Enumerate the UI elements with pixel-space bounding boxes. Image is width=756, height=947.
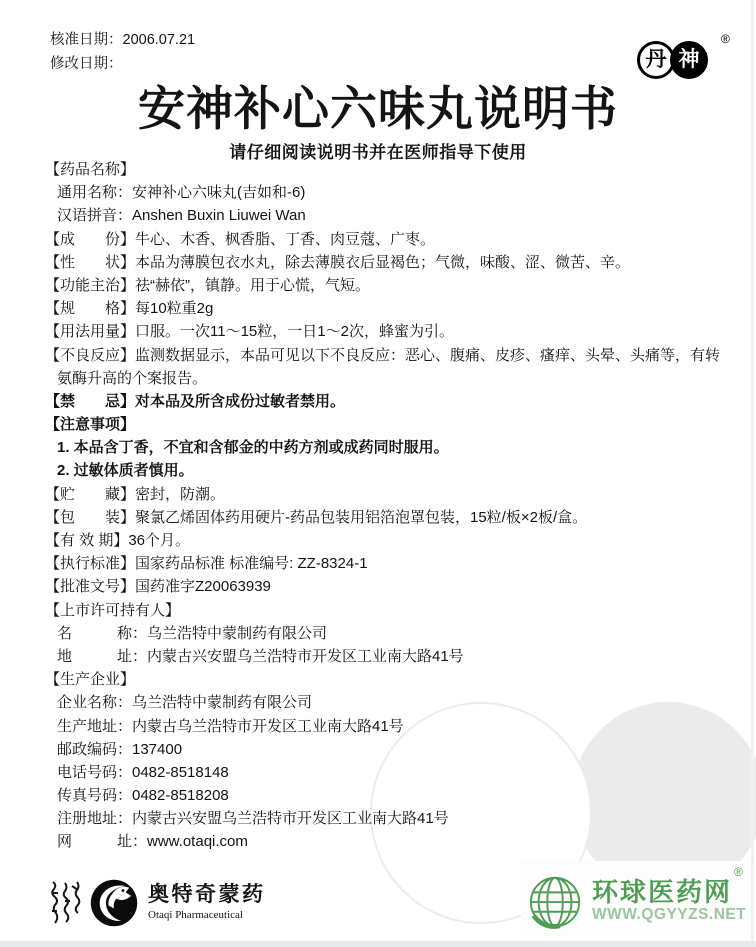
horse-circle-icon: [89, 878, 139, 928]
manufacturer-names: 奥特奇蒙药 Otaqi Pharmaceutical: [148, 883, 266, 922]
site-watermark-name: 环球医药网: [592, 872, 732, 909]
mongolian-script-icon: [47, 880, 83, 928]
registered-trademark-icon: ®: [721, 32, 730, 46]
line-adverse-reactions-cont: 氨酶升高的个案报告。: [57, 367, 717, 390]
manufacturer-name-cn: 奥特奇蒙药: [148, 883, 266, 907]
page-right-edge: [751, 0, 754, 947]
line-pinyin: 汉语拼音：Anshen Buxin Liuwei Wan: [57, 204, 717, 227]
site-watermark-reg-icon: ®: [734, 865, 743, 879]
section-approval-number: 【批准文号】国药准字Z20063939: [45, 575, 717, 598]
line-precaution-2: 2. 过敏体质者慎用。: [57, 459, 717, 482]
section-properties: 【性 状】本品为薄膜包衣水丸，除去薄膜衣后显褐色；气微，味酸、涩、微苦、辛。: [45, 251, 717, 274]
line-fax-number: 传真号码：0482-8518208: [57, 784, 717, 807]
section-contraindications: 【禁 忌】对本品及所含成份过敏者禁用。: [45, 390, 717, 413]
manufacturer-name-en: Otaqi Pharmaceutical: [148, 909, 266, 922]
line-production-address: 生产地址：内蒙古乌兰浩特市开发区工业南大路41号: [57, 715, 717, 738]
line-phone-number: 电话号码：0482-8518148: [57, 761, 717, 784]
section-validity-period: 【有 效 期】36个月。: [45, 529, 717, 552]
line-holder-address: 地 址：内蒙古兴安盟乌兰浩特市开发区工业南大路41号: [57, 645, 717, 668]
page-bottom-edge: [0, 941, 756, 947]
globe-icon: [527, 871, 585, 937]
leaflet-body: 【药品名称】 通用名称：安神补心六味丸(吉如和-6) 汉语拼音：Anshen B…: [45, 158, 717, 854]
section-adverse-reactions: 【不良反应】监测数据显示，本品可见以下不良反应：恶心、腹痛、皮疹、瘙痒、头晕、头…: [45, 344, 717, 367]
section-specification: 【规 格】每10粒重2g: [45, 297, 717, 320]
section-ingredients: 【成 份】牛心、木香、枫香脂、丁香、肉豆蔻、广枣。: [45, 228, 717, 251]
site-watermark: 环球医药网 ® WWW.QGYYZS.NET: [521, 861, 756, 947]
section-license-holder: 【上市许可持有人】: [45, 599, 717, 622]
section-dosage: 【用法用量】口服。一次11～15粒，一日1～2次，蜂蜜为引。: [45, 320, 717, 343]
section-manufacturer: 【生产企业】: [45, 668, 717, 691]
section-indications: 【功能主治】祛“赫依”，镇静。用于心慌，气短。: [45, 274, 717, 297]
manufacturer-logo-block: 奥特奇蒙药 Otaqi Pharmaceutical: [47, 878, 266, 928]
page-title: 安神补心六味丸说明书: [0, 72, 756, 139]
line-precaution-1: 1. 本品含丁香，不宜和含郁金的中药方剂或成药同时服用。: [57, 436, 717, 459]
line-website: 网 址：www.otaqi.com: [57, 830, 717, 853]
section-standard: 【执行标准】国家药品标准 标准编号: ZZ-8324-1: [45, 552, 717, 575]
line-registered-address: 注册地址：内蒙古兴安盟乌兰浩特市开发区工业南大路41号: [57, 807, 717, 830]
section-storage: 【贮 藏】密封，防潮。: [45, 483, 717, 506]
line-holder-name: 名 称：乌兰浩特中蒙制药有限公司: [57, 622, 717, 645]
section-drug-name: 【药品名称】: [45, 158, 717, 181]
line-company-name: 企业名称：乌兰浩特中蒙制药有限公司: [57, 691, 717, 714]
line-generic-name: 通用名称：安神补心六味丸(吉如和-6): [57, 181, 717, 204]
section-precautions: 【注意事项】: [45, 413, 717, 436]
line-postal-code: 邮政编码：137400: [57, 738, 717, 761]
revision-date-line: 修改日期：: [50, 55, 123, 73]
site-watermark-url: WWW.QGYYZS.NET: [592, 906, 746, 924]
approval-date-line: 核准日期：2006.07.21: [50, 31, 195, 49]
drug-leaflet-page: 核准日期：2006.07.21 修改日期： 丹 神 ® 安神补心六味丸说明书 请…: [0, 0, 756, 947]
section-packaging: 【包 装】聚氯乙烯固体药用硬片-药品包装用铝箔泡罩包装，15粒/板×2板/盒。: [45, 506, 717, 529]
